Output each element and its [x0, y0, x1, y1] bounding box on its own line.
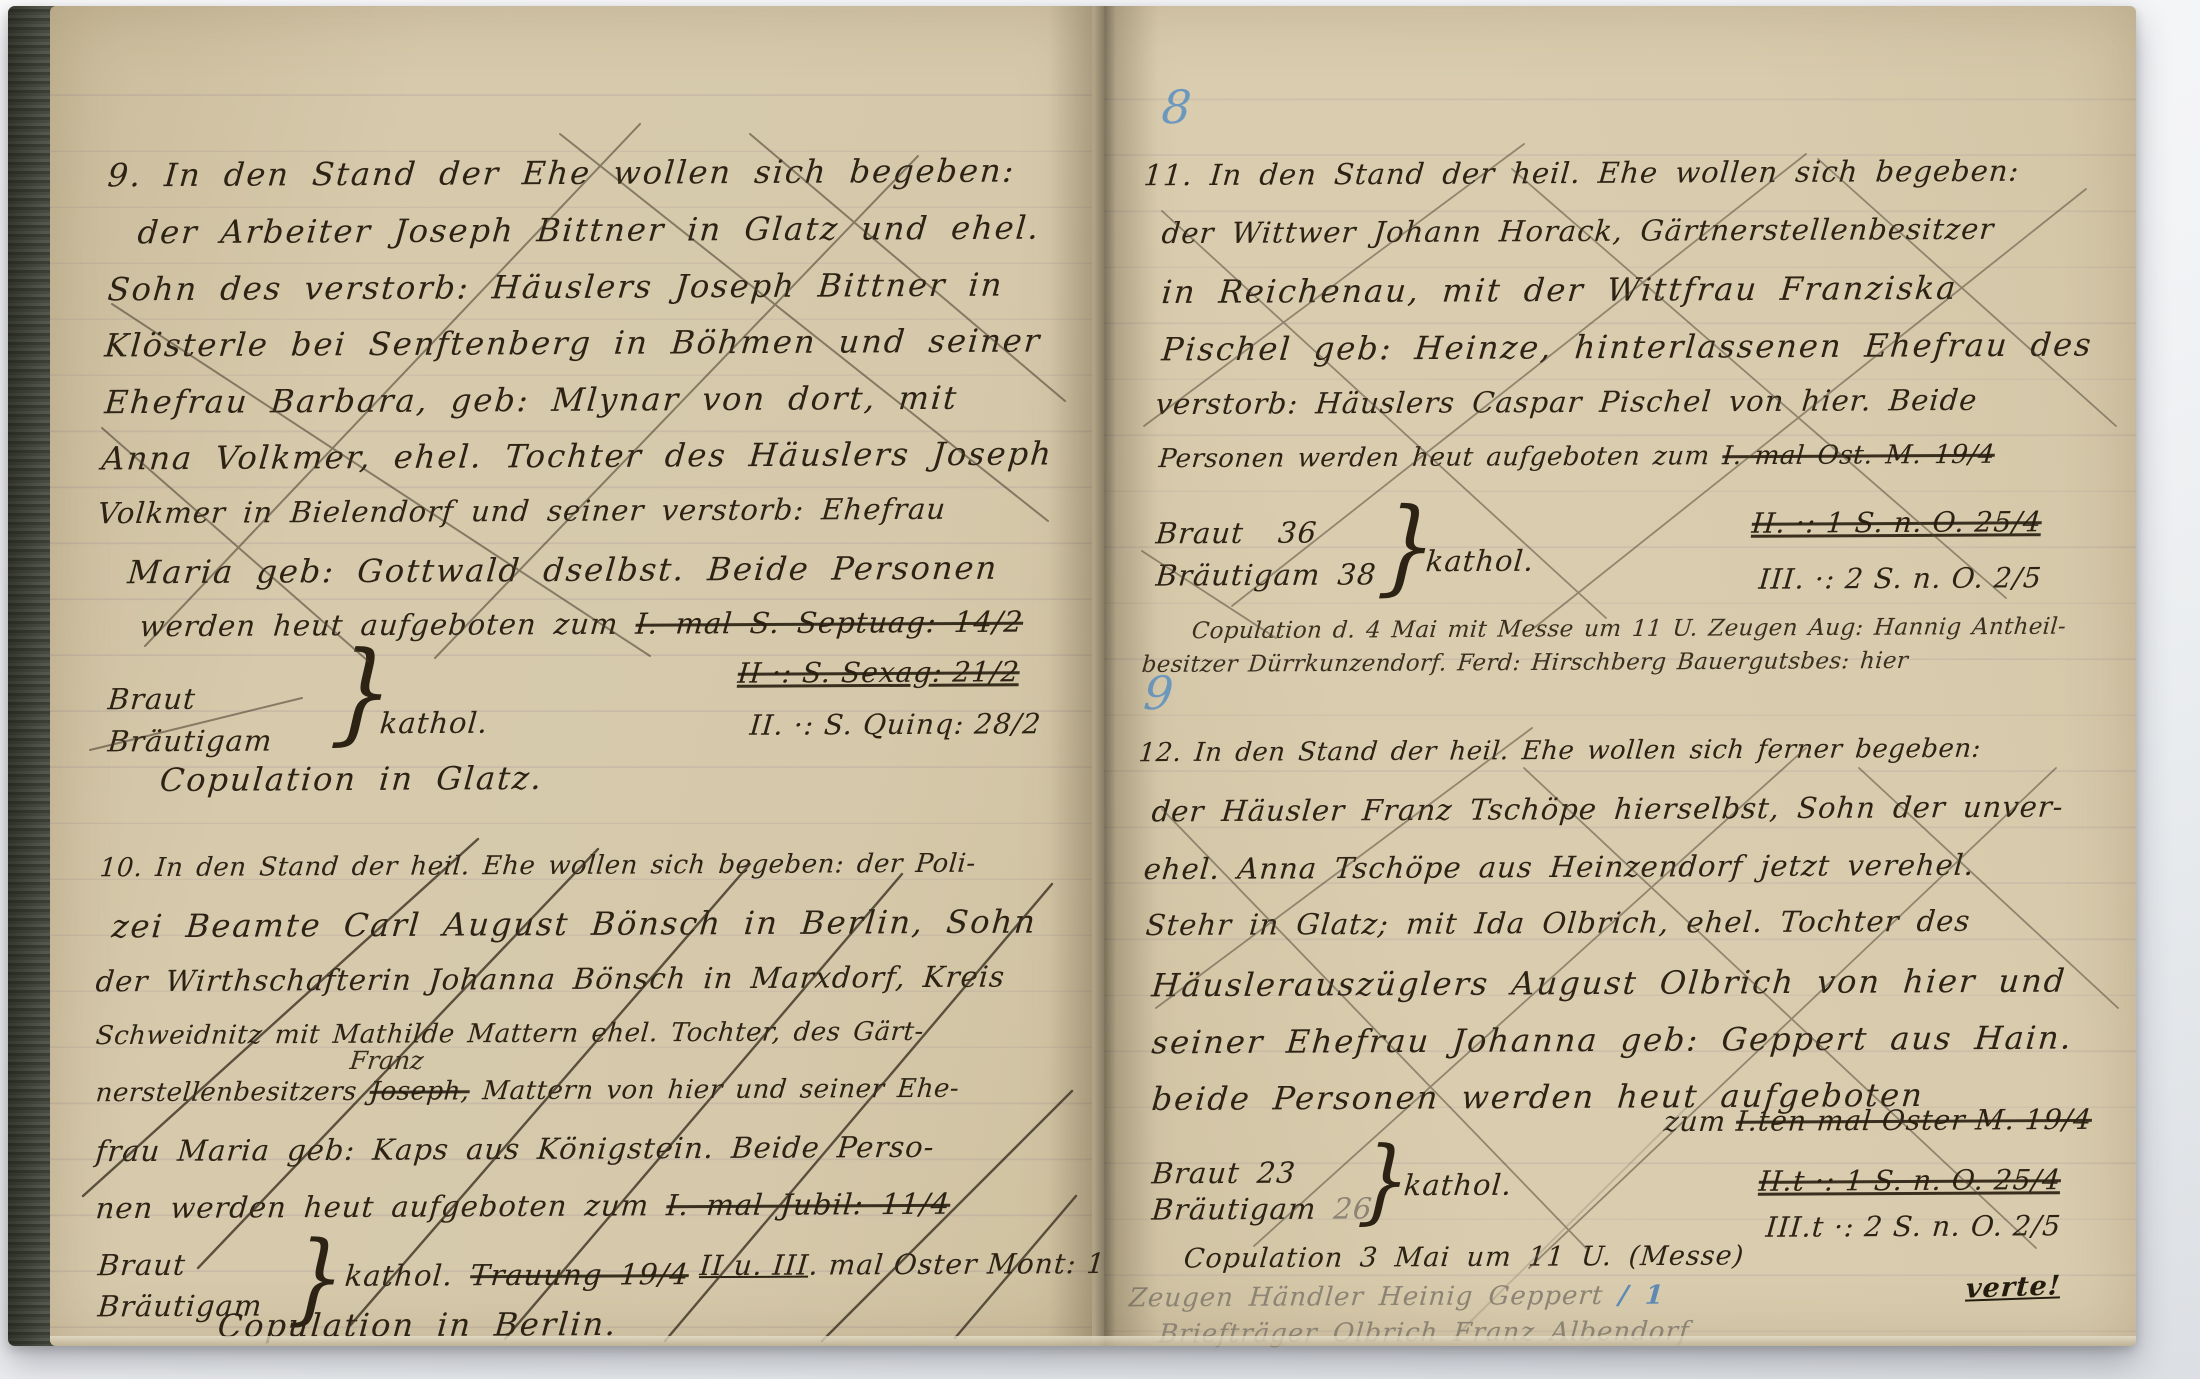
entry9-banns-date3: II. ·: S. Quinq: 28/2: [749, 707, 1043, 742]
entry10-line1: 10. In den Stand der heil. Ehe wollen si…: [99, 849, 977, 884]
entry11-copulation-witnesses-line2: besitzer Dürrkunzendorf. Ferd: Hirschber…: [1141, 648, 1909, 678]
entry12-banns-line1: zum I.ten mal Oster M. 19/4: [1663, 1103, 2094, 1138]
entry11-bride-row: Braut 36: [1155, 516, 1319, 551]
entry12-witnesses-pencil-line1: Zeugen Händler Heinig Geppert ∕ 1: [1128, 1281, 1666, 1314]
entry11-banns-date2-struck: II. ·: 1 S. n. O. 25/4: [1751, 505, 2044, 540]
entry11-banns-line1: Personen werden heut aufgeboten zum I. m…: [1158, 440, 1996, 474]
entry9-line1: 9. In den Stand der Ehe wollen sich bege…: [106, 152, 1017, 195]
page-number-8: 8: [1160, 80, 1194, 134]
entry9-bride-label: Braut: [107, 682, 198, 716]
entry11-bride-age: 36: [1277, 516, 1319, 550]
entry9-banns-line1: werden heut aufgeboten zum I. mal S. Sep…: [138, 605, 1024, 644]
entry11-line1: 11. In den Stand der heil. Ehe wollen si…: [1142, 154, 2020, 193]
entry11-groom-age: 38: [1336, 557, 1378, 591]
page-number-9: 9: [1142, 666, 1176, 720]
entry11-line4: Pischel geb: Heinze, hinterlassenen Ehef…: [1160, 326, 2094, 369]
entry9-line6: Anna Volkmer, ehel. Tochter des Häuslers…: [100, 435, 1054, 478]
entry12-banns-date2-struck: II.t ·: 1 S. n. O. 25/4: [1758, 1163, 2063, 1198]
photo-background: 9. In den Stand der Ehe wollen sich bege…: [0, 0, 2200, 1379]
entry9-line7: Volkmer in Bielendorf und seiner verstor…: [96, 492, 947, 530]
entry12-groom-row: Bräutigam 26: [1151, 1191, 1374, 1226]
entry12-line4: Stehr in Glatz; mit Ida Olbrich, ehel. T…: [1144, 904, 1971, 942]
entry11-groom-row: Bräutigam 38: [1155, 557, 1378, 592]
entry12-confession: kathol.: [1403, 1168, 1514, 1203]
entry10-line6: frau Maria geb: Kaps aus Königstein. Bei…: [94, 1130, 936, 1168]
entry9-confession: kathol.: [379, 706, 490, 741]
entry9-line2: der Arbeiter Joseph Bittner in Glatz und…: [136, 209, 1041, 252]
entry11-banns-date1-struck: I. mal Ost. M. 19/4: [1721, 440, 1996, 471]
entry11-confession: kathol.: [1425, 544, 1536, 579]
entry11-copulation-witnesses-line1: Copulation d. 4 Mai mit Messe um 11 U. Z…: [1191, 614, 2067, 645]
verte-note: verte!: [1965, 1270, 2062, 1304]
entry10-confession: kathol. Trauung 19/4: [344, 1257, 691, 1293]
entry10-line2: zei Beamte Carl August Bönsch in Berlin,…: [110, 903, 1038, 946]
entry10-trauung-struck: Trauung 19/4: [469, 1257, 690, 1292]
entry12-line2: der Häusler Franz Tschöpe hierselbst, So…: [1150, 790, 2065, 829]
entry9-banns-date1-struck: I. mal S. Septuag: 14/2: [634, 605, 1024, 641]
entry11-line2: der Wittwer Johann Horack, Gärtnerstelle…: [1160, 212, 1995, 250]
entry12-groom-age: 26: [1332, 1191, 1374, 1225]
entry12-banns-date3: III.t ·: 2 S. n. O. 2/5: [1765, 1209, 2063, 1244]
page-stack-bottom-edge: [50, 1336, 2136, 1346]
entry9-banns-date2-struck: II ·: S. Sexag: 21/2: [737, 655, 1021, 689]
entry12-bride-age: 23: [1256, 1156, 1298, 1190]
entry12-banns-date1-struck: I.ten mal Oster M. 19/4: [1735, 1103, 2093, 1138]
entry10-bride-label: Braut: [97, 1248, 188, 1282]
entry12-bride-row: Braut 23: [1151, 1156, 1298, 1191]
entry10-banns-line1: nen werden heut aufgeboten zum I. mal Ju…: [94, 1187, 951, 1225]
entry10-banns-date1-struck: I. mal Jubil: 11/4: [665, 1187, 952, 1222]
entry12-line5: Häuslerauszüglers August Olbrich von hie…: [1150, 962, 2068, 1005]
entry9-line4: Klösterle bei Senftenberg in Böhmen und …: [103, 322, 1043, 365]
entry12-line6: seiner Ehefrau Johanna geb: Geppert aus …: [1150, 1019, 2074, 1062]
blue-check-mark: ∕ 1: [1617, 1281, 1665, 1311]
entry11-line5: verstorb: Häuslers Caspar Pischel von hi…: [1154, 383, 1979, 421]
entry9-line5: Ehefrau Barbara, geb: Mlynar von dort, m…: [103, 379, 959, 421]
entry10-name-struck: Joseph,: [368, 1076, 470, 1107]
entry12-copulation-note: Copulation 3 Mai um 11 U. (Messe): [1183, 1241, 1746, 1275]
entry11-banns-date3: III. ·: 2 S. n. O. 2/5: [1758, 561, 2044, 595]
entry12-line1: 12. In den Stand der heil. Ehe wollen si…: [1138, 734, 1983, 768]
left-page: 9. In den Stand der Ehe wollen sich bege…: [50, 6, 1092, 1346]
entry9-groom-label: Bräutigam: [107, 724, 274, 759]
entry12-line3: ehel. Anna Tschöpe aus Heinzendorf jetzt…: [1142, 848, 1975, 886]
entry9-copulation-note: Copulation in Glatz.: [158, 759, 544, 799]
entry9-line8: Maria geb: Gottwald dselbst. Beide Perso…: [126, 549, 1000, 592]
register-book: 9. In den Stand der Ehe wollen sich bege…: [8, 6, 2136, 1346]
entry10-line3: der Wirthschafterin Johanna Bönsch in Ma…: [94, 960, 1006, 999]
entry10-banns-date2: II u. III. mal Oster Mont: 19/4: [699, 1247, 1155, 1282]
entry10-name-correction: Franz: [348, 1046, 425, 1075]
entry11-line3: in Reichenau, mit der Wittfrau Franziska: [1160, 269, 1959, 311]
right-page: 8 11. In den Stand der heil. Ehe wollen …: [1104, 6, 2136, 1346]
entry9-line3: Sohn des verstorb: Häuslers Joseph Bittn…: [106, 266, 1005, 309]
entry10-line4: Schweidnitz mit Mathilde Mattern ehel. T…: [95, 1017, 925, 1051]
entry10-line5: nerstellenbesitzers Joseph, Mattern von …: [95, 1074, 961, 1109]
